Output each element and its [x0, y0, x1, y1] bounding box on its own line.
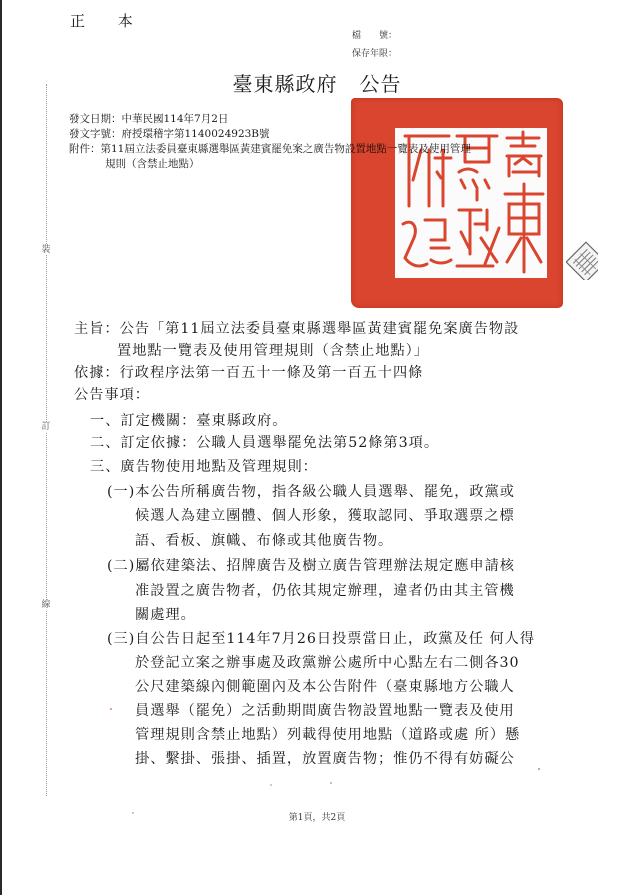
retention-period-label: 保存年限： — [352, 46, 397, 59]
sub-item-1-line-2: 候選人為建立團體、個人形象，獲取認同、爭取選票之標 — [135, 505, 515, 527]
subject-line-1: 主旨：公告「第11屆立法委員臺東縣選舉區黃建賓罷免案廣告物設 — [74, 318, 519, 340]
binding-mark-zhuang: 裝 — [39, 245, 53, 255]
scan-speck — [110, 708, 112, 710]
sub-item-2-line-1: (二)屬依建築法、招牌廣告及樹立廣告管理辦法規定應申請核 — [107, 555, 515, 577]
document-number: 發文字號：府授環稽字第1140024923B號 — [69, 127, 270, 142]
sub-item-1-line-1: (一)本公告所稱廣告物，指各級公職人員選舉、罷免，政黨或 — [107, 481, 515, 503]
document-type: 公告 — [360, 72, 402, 96]
sub-item-3-line-3: 公尺建築線內側範圍內及本公告附件（臺東縣地方公職人 — [135, 676, 515, 698]
sub-item-3-line-5: 管理規則含禁止地點）列載得使用地點（道路或處 所）懸 — [135, 724, 520, 746]
announcement-items-heading: 公告事項： — [74, 384, 150, 406]
item-3-rules-heading: 三、廣告物使用地點及管理規則： — [90, 456, 318, 478]
sub-item-3-line-4: 員選舉（罷免）之活動期間廣告物設置地點一覽表及使用 — [135, 700, 515, 722]
subject-line-2: 置地點一覽表及使用管理規則（含禁止地點）」 — [117, 340, 429, 362]
receipt-stamp — [566, 240, 598, 280]
sub-item-2-line-2: 准設置之廣告物者，仍依其規定辦理，違者仍由其主管機 — [135, 580, 515, 602]
sub-item-1-line-3: 語、看板、旗幟、布條或其他廣告物。 — [135, 530, 393, 552]
sub-item-2-line-3: 關處理。 — [135, 604, 196, 626]
official-seal — [351, 98, 563, 308]
sub-item-3-line-1: (三)自公告日起至114年7月26日投票當日止，政黨及任 何人得 — [107, 628, 535, 650]
issue-date: 發文日期：中華民國114年7月2日 — [69, 112, 228, 127]
scan-speck — [270, 784, 272, 786]
binding-line — [46, 84, 47, 796]
file-number-label: 檔 號： — [352, 28, 397, 41]
binding-mark-xian: 線 — [39, 600, 53, 610]
item-1-authority: 一、訂定機關：臺東縣政府。 — [90, 410, 287, 432]
scan-speck — [538, 768, 540, 770]
scan-left-edge — [0, 0, 2, 895]
issuing-agency: 臺東縣政府 — [233, 72, 338, 96]
binding-mark-ding: 訂 — [39, 422, 53, 432]
attachment-line-2: 規則（含禁止地點） — [105, 157, 200, 172]
document-title: 臺東縣政府公告 — [0, 68, 634, 97]
item-2-basis: 二、訂定依據：公職人員選舉罷免法第52條第3項。 — [90, 432, 439, 454]
page-indicator: 第1頁，共2頁 — [0, 810, 634, 823]
sub-item-3-line-6: 掛、繫掛、張掛、插置，放置廣告物；惟仍不得有妨礙公 — [135, 748, 515, 770]
scan-speck — [330, 782, 332, 784]
legal-basis: 依據：行政程序法第一百五十一條及第一百五十四條 — [74, 362, 423, 384]
attachment-line-1: 附件：第11屆立法委員臺東縣選舉區黃建賓罷免案之廣告物設置地點一覽表及使用管理 — [69, 142, 471, 157]
receipt-stamp-icon — [566, 240, 598, 280]
copy-mark: 正 本 — [70, 10, 147, 31]
sub-item-3-line-2: 於登記立案之辦事處及政黨辦公處所中心點左右二側各30 — [135, 652, 520, 674]
